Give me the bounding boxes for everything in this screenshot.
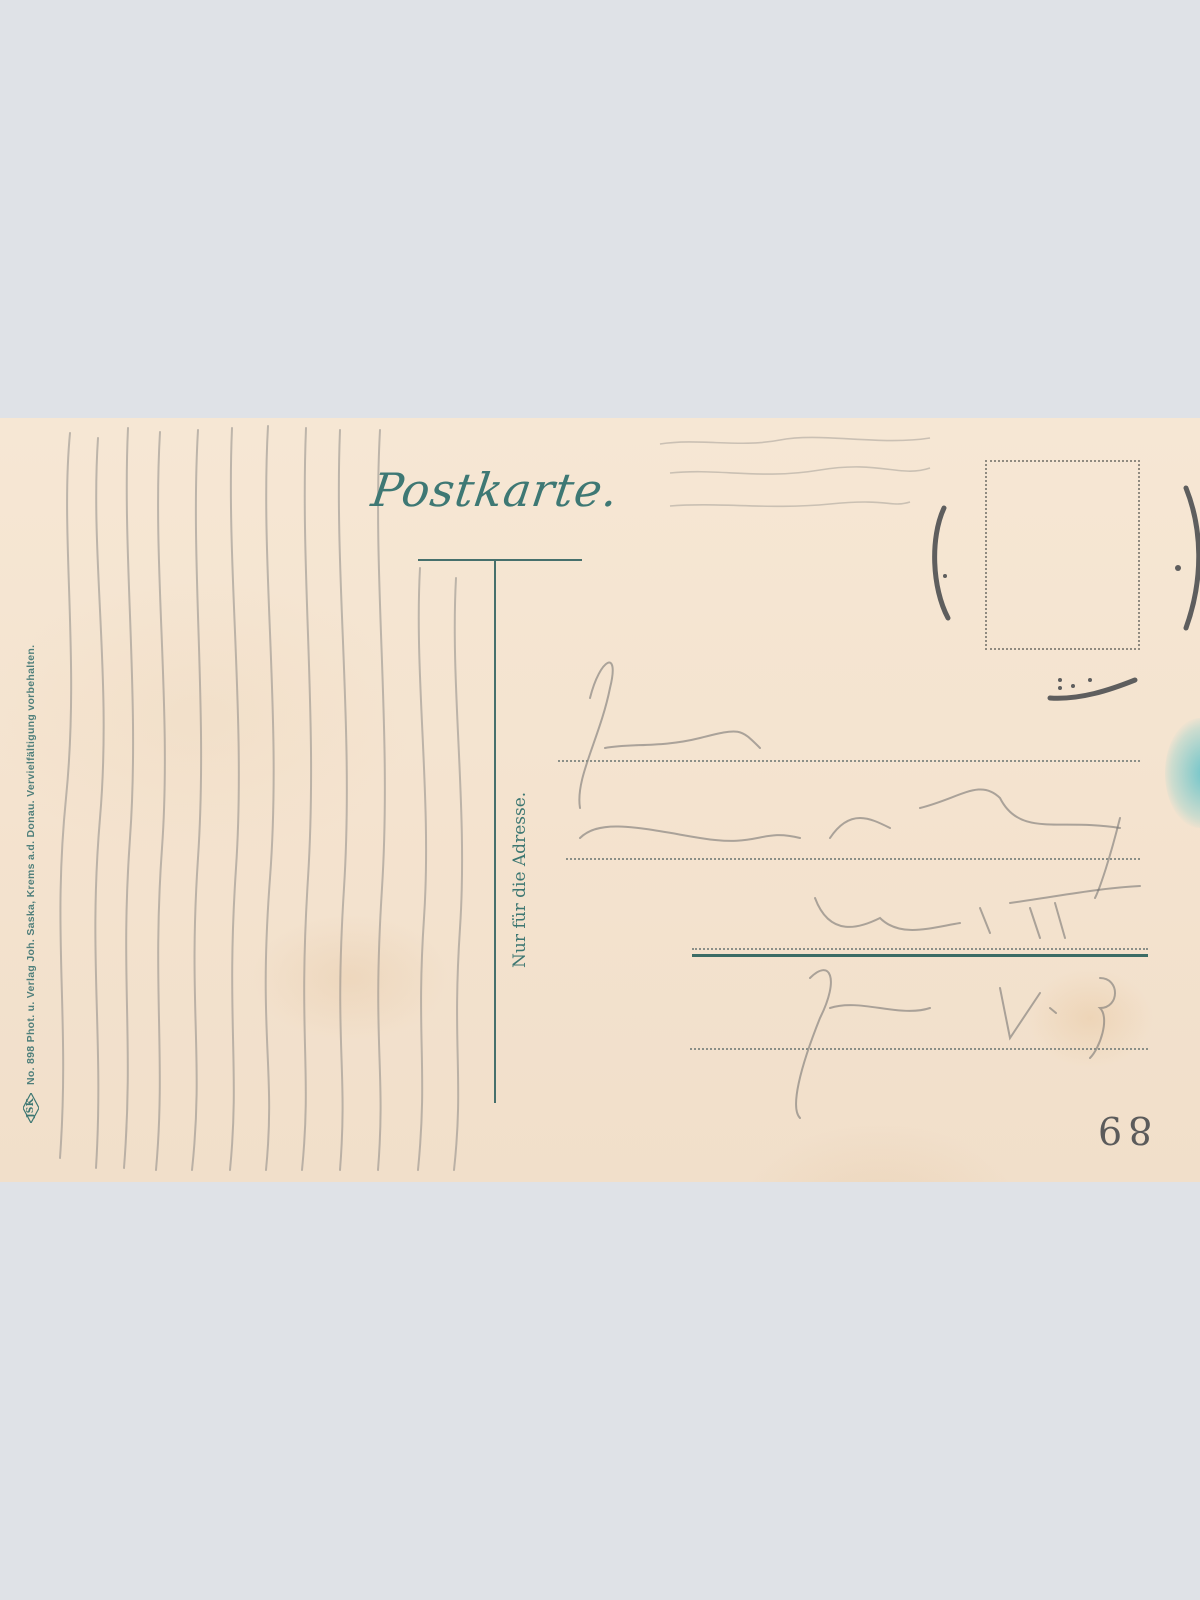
publisher-imprint: JSK No. 898 Phot. u. Verlag Joh. Saska, … <box>22 503 40 1123</box>
address-only-label: Nur für die Adresse. <box>510 792 530 968</box>
postcard-title: Postkarte. <box>368 463 622 517</box>
pencil-number: 89 <box>1092 1108 1152 1152</box>
address-line-3-underline <box>692 954 1148 957</box>
publisher-logo: JSK <box>23 1093 39 1123</box>
divider-horizontal <box>418 559 582 561</box>
stamp-box <box>985 460 1140 650</box>
address-line-3 <box>692 948 1148 950</box>
ink-stain <box>1165 718 1200 828</box>
divider-vertical <box>494 559 496 1103</box>
address-line-1 <box>558 760 1140 762</box>
publisher-imprint-text: No. 898 Phot. u. Verlag Joh. Saska, Krem… <box>25 645 37 1085</box>
address-line-4 <box>690 1048 1148 1050</box>
postcard-back: JSK No. 898 Phot. u. Verlag Joh. Saska, … <box>0 418 1200 1182</box>
address-line-2 <box>566 858 1140 860</box>
